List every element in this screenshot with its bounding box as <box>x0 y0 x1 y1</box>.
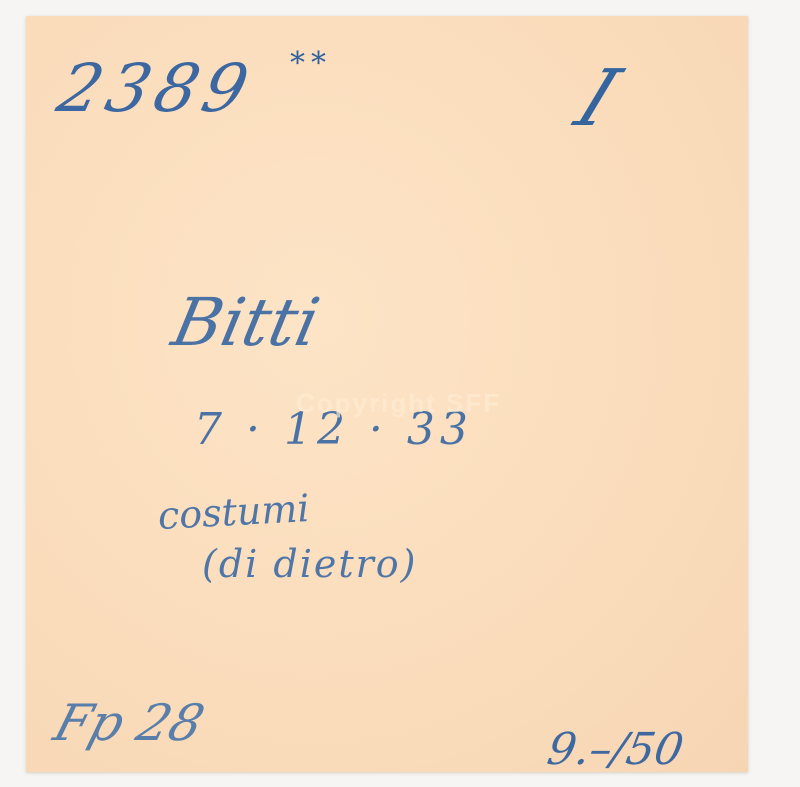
subject-description: costumi <box>157 486 311 538</box>
copyright-watermark: Copyright SFF <box>296 388 501 419</box>
volume-roman-numeral: I <box>564 54 631 144</box>
subject-name: Bitti <box>166 284 326 361</box>
bottom-left-code: Fp 28 <box>48 694 211 752</box>
catalog-marks: ** <box>290 46 332 81</box>
bottom-right-price: 9.–/50 <box>544 724 688 775</box>
catalog-number: 2389 <box>50 50 261 127</box>
handwritten-card: 2389 ** I Bitti 7 · 12 · 33 Copyright SF… <box>26 16 748 772</box>
subject-note: (di dietro) <box>202 542 418 586</box>
